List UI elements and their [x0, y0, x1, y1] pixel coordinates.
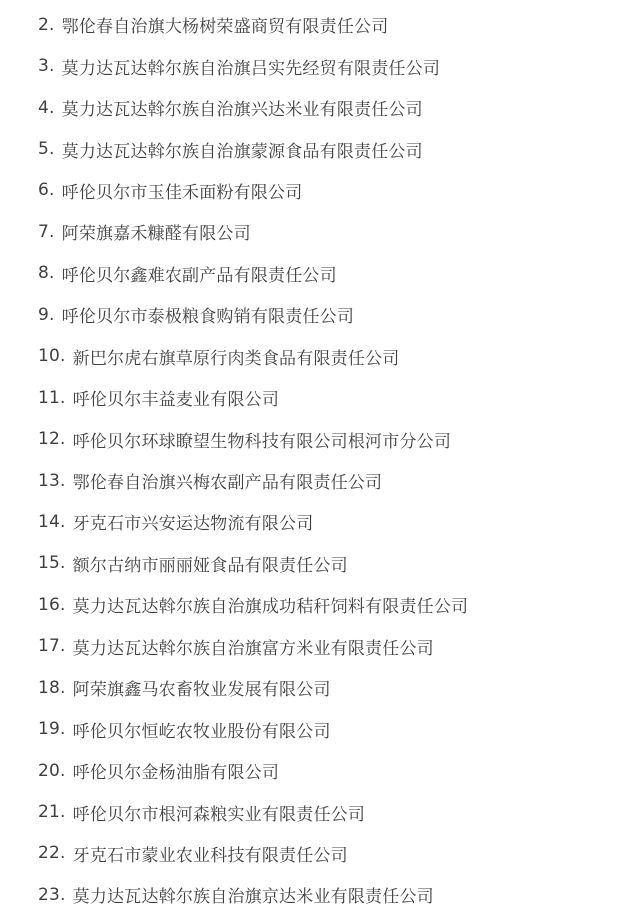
list-item: 17. 莫力达瓦达斡尔族自治旗富方米业有限责任公司	[38, 626, 621, 667]
list-item: 4. 莫力达瓦达斡尔族自治旗兴达米业有限责任公司	[38, 87, 621, 128]
company-name: 阿荣旗嘉禾糠醛有限公司	[62, 219, 251, 244]
item-number: 10.	[38, 346, 66, 366]
company-name: 额尔古纳市丽丽娅食品有限责任公司	[73, 551, 348, 576]
item-number: 12.	[38, 429, 66, 449]
company-name: 牙克石市蒙业农业科技有限责任公司	[73, 841, 348, 866]
item-number: 23.	[38, 885, 66, 905]
list-item: 13. 鄂伦春自治旗兴梅农副产品有限责任公司	[38, 460, 621, 501]
company-name: 阿荣旗鑫马农畜牧业发展有限公司	[73, 675, 331, 700]
item-number: 18.	[38, 678, 66, 698]
list-item: 9. 呼伦贝尔市泰极粮食购销有限责任公司	[38, 294, 621, 335]
page: 2. 鄂伦春自治旗大杨树荣盛商贸有限责任公司 3. 莫力达瓦达斡尔族自治旗吕实先…	[0, 0, 631, 921]
item-number: 5.	[38, 139, 55, 159]
list-item: 11. 呼伦贝尔丰益麦业有限公司	[38, 377, 621, 418]
company-name: 莫力达瓦达斡尔族自治旗吕实先经贸有限责任公司	[62, 54, 440, 79]
company-name: 呼伦贝尔恒屹农牧业股份有限公司	[73, 717, 331, 742]
list-item: 20. 呼伦贝尔金杨油脂有限公司	[38, 750, 621, 791]
company-name: 鄂伦春自治旗大杨树荣盛商贸有限责任公司	[62, 12, 389, 37]
company-name: 牙克石市兴安运达物流有限公司	[73, 509, 314, 534]
item-number: 13.	[38, 471, 66, 491]
item-number: 20.	[38, 761, 66, 781]
item-number: 22.	[38, 843, 66, 863]
list-item: 22. 牙克石市蒙业农业科技有限责任公司	[38, 833, 621, 874]
company-name: 呼伦贝尔市根河森粮实业有限责任公司	[73, 800, 365, 825]
company-name: 呼伦贝尔鑫难农副产品有限责任公司	[62, 261, 337, 286]
list-item: 23. 莫力达瓦达斡尔族自治旗京达米业有限责任公司	[38, 874, 621, 915]
item-number: 11.	[38, 388, 66, 408]
list-item: 14. 牙克石市兴安运达物流有限公司	[38, 501, 621, 542]
company-name: 莫力达瓦达斡尔族自治旗兴达米业有限责任公司	[62, 95, 423, 120]
company-name: 鄂伦春自治旗兴梅农副产品有限责任公司	[73, 468, 383, 493]
item-number: 2.	[38, 15, 55, 35]
item-number: 15.	[38, 553, 66, 573]
item-number: 14.	[38, 512, 66, 532]
company-name: 呼伦贝尔市玉佳禾面粉有限公司	[62, 178, 303, 203]
list-item: 10. 新巴尔虎右旗草原行肉类食品有限责任公司	[38, 336, 621, 377]
list-item: 15. 额尔古纳市丽丽娅食品有限责任公司	[38, 543, 621, 584]
list-item: 7. 阿荣旗嘉禾糠醛有限公司	[38, 211, 621, 252]
list-item: 8. 呼伦贝尔鑫难农副产品有限责任公司	[38, 253, 621, 294]
item-number: 4.	[38, 98, 55, 118]
item-number: 8.	[38, 263, 55, 283]
company-list: 2. 鄂伦春自治旗大杨树荣盛商贸有限责任公司 3. 莫力达瓦达斡尔族自治旗吕实先…	[38, 4, 621, 916]
list-item: 12. 呼伦贝尔环球瞭望生物科技有限公司根河市分公司	[38, 418, 621, 459]
item-number: 17.	[38, 636, 66, 656]
item-number: 16.	[38, 595, 66, 615]
company-name: 呼伦贝尔丰益麦业有限公司	[73, 385, 279, 410]
list-item: 2. 鄂伦春自治旗大杨树荣盛商贸有限责任公司	[38, 4, 621, 45]
company-name: 呼伦贝尔市泰极粮食购销有限责任公司	[62, 302, 354, 327]
list-item: 19. 呼伦贝尔恒屹农牧业股份有限公司	[38, 708, 621, 749]
company-name: 莫力达瓦达斡尔族自治旗蒙源食品有限责任公司	[62, 137, 423, 162]
list-item: 16. 莫力达瓦达斡尔族自治旗成功秸秆饲料有限责任公司	[38, 584, 621, 625]
list-item: 3. 莫力达瓦达斡尔族自治旗吕实先经贸有限责任公司	[38, 45, 621, 86]
company-name: 莫力达瓦达斡尔族自治旗京达米业有限责任公司	[73, 882, 434, 907]
list-item: 5. 莫力达瓦达斡尔族自治旗蒙源食品有限责任公司	[38, 128, 621, 169]
company-name: 新巴尔虎右旗草原行肉类食品有限责任公司	[73, 344, 400, 369]
item-number: 21.	[38, 802, 66, 822]
company-name: 呼伦贝尔金杨油脂有限公司	[73, 758, 279, 783]
list-item: 6. 呼伦贝尔市玉佳禾面粉有限公司	[38, 170, 621, 211]
item-number: 9.	[38, 305, 55, 325]
item-number: 3.	[38, 56, 55, 76]
company-name: 呼伦贝尔环球瞭望生物科技有限公司根河市分公司	[73, 427, 451, 452]
item-number: 6.	[38, 180, 55, 200]
item-number: 7.	[38, 222, 55, 242]
item-number: 19.	[38, 719, 66, 739]
company-name: 莫力达瓦达斡尔族自治旗成功秸秆饲料有限责任公司	[73, 592, 469, 617]
list-item: 18. 阿荣旗鑫马农畜牧业发展有限公司	[38, 667, 621, 708]
company-name: 莫力达瓦达斡尔族自治旗富方米业有限责任公司	[73, 634, 434, 659]
list-item: 21. 呼伦贝尔市根河森粮实业有限责任公司	[38, 791, 621, 832]
